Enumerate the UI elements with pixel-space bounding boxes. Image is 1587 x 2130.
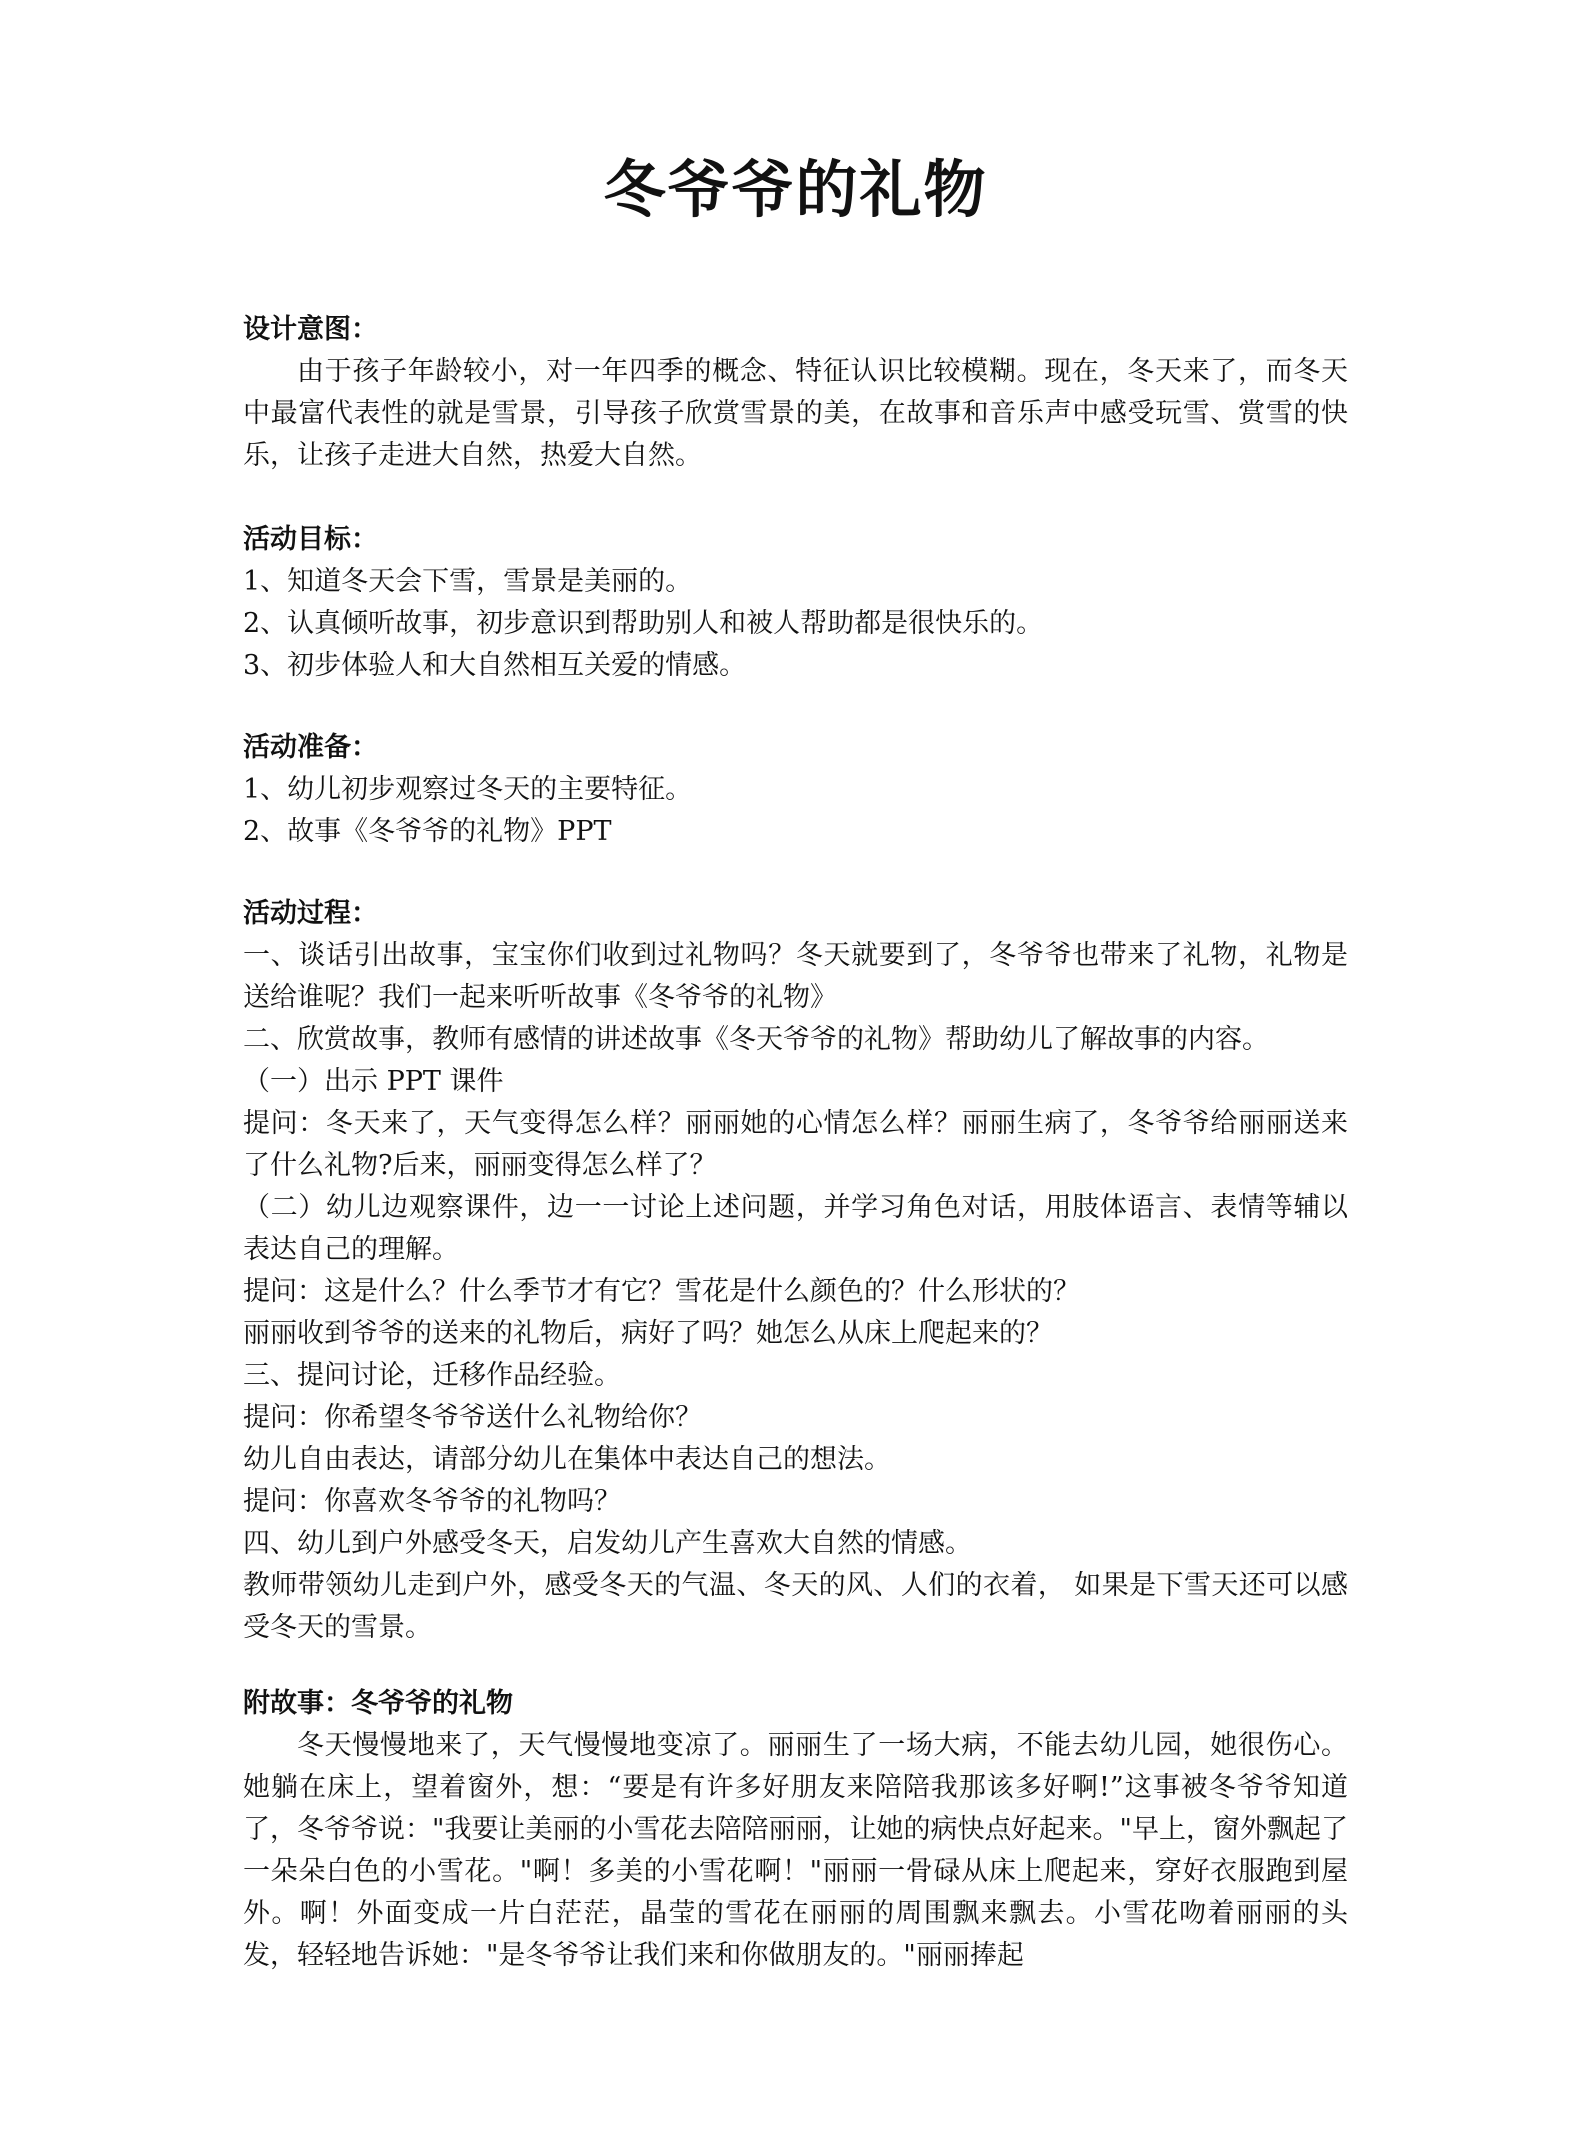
process-paragraph: 提问：冬天来了，天气变得怎么样？丽丽她的心情怎么样？丽丽生病了，冬爷爷给丽丽送来… <box>243 1103 1348 1187</box>
section-heading-goals: 活动目标： <box>243 519 1348 561</box>
section-heading-preparation: 活动准备： <box>243 727 1348 769</box>
process-paragraph: 提问：你希望冬爷爷送什么礼物给你？ <box>243 1397 1348 1439</box>
process-paragraph: 幼儿自由表达，请部分幼儿在集体中表达自己的想法。 <box>243 1439 1348 1481</box>
design-intent-paragraph: 由于孩子年龄较小，对一年四季的概念、特征认识比较模糊。现在，冬天来了，而冬天中最… <box>243 351 1348 477</box>
goal-item: 1、知道冬天会下雪，雪景是美丽的。 <box>243 561 1348 603</box>
process-paragraph: 丽丽收到爷爷的送来的礼物后，病好了吗？她怎么从床上爬起来的？ <box>243 1313 1348 1355</box>
section-preparation: 活动准备： 1、幼儿初步观察过冬天的主要特征。 2、故事《冬爷爷的礼物》PPT <box>243 727 1348 853</box>
section-goals: 活动目标： 1、知道冬天会下雪，雪景是美丽的。 2、认真倾听故事，初步意识到帮助… <box>243 519 1348 687</box>
process-paragraph: 提问：你喜欢冬爷爷的礼物吗？ <box>243 1481 1348 1523</box>
section-design-intent: 设计意图： 由于孩子年龄较小，对一年四季的概念、特征认识比较模糊。现在，冬天来了… <box>243 309 1348 477</box>
goal-item: 2、认真倾听故事，初步意识到帮助别人和被人帮助都是很快乐的。 <box>243 603 1348 645</box>
story-paragraph: 冬天慢慢地来了，天气慢慢地变凉了。丽丽生了一场大病，不能去幼儿园，她很伤心。她躺… <box>243 1725 1348 1977</box>
process-paragraph: 二、欣赏故事，教师有感情的讲述故事《冬天爷爷的礼物》帮助幼儿了解故事的内容。 <box>243 1019 1348 1061</box>
process-paragraph: 提问：这是什么？什么季节才有它？雪花是什么颜色的？什么形状的？ <box>243 1271 1348 1313</box>
preparation-item: 1、幼儿初步观察过冬天的主要特征。 <box>243 769 1348 811</box>
process-paragraph: 一、谈话引出故事，宝宝你们收到过礼物吗？冬天就要到了，冬爷爷也带来了礼物，礼物是… <box>243 935 1348 1019</box>
section-heading-process: 活动过程： <box>243 893 1348 935</box>
process-paragraph: （一）出示 PPT 课件 <box>243 1061 1348 1103</box>
process-paragraph: 教师带领幼儿走到户外，感受冬天的气温、冬天的风、人们的衣着， 如果是下雪天还可以… <box>243 1565 1348 1649</box>
process-paragraph: 四、幼儿到户外感受冬天，启发幼儿产生喜欢大自然的情感。 <box>243 1523 1348 1565</box>
goal-item: 3、初步体验人和大自然相互关爱的情感。 <box>243 645 1348 687</box>
section-heading-story: 附故事：冬爷爷的礼物 <box>243 1683 1348 1725</box>
section-heading-design-intent: 设计意图： <box>243 309 1348 351</box>
process-paragraph: （二）幼儿边观察课件，边一一讨论上述问题，并学习角色对话，用肢体语言、表情等辅以… <box>243 1187 1348 1271</box>
process-paragraph: 三、提问讨论，迁移作品经验。 <box>243 1355 1348 1397</box>
section-story: 附故事：冬爷爷的礼物 冬天慢慢地来了，天气慢慢地变凉了。丽丽生了一场大病，不能去… <box>243 1683 1348 1977</box>
document-title: 冬爷爷的礼物 <box>243 150 1348 230</box>
preparation-item: 2、故事《冬爷爷的礼物》PPT <box>243 811 1348 853</box>
section-process: 活动过程： 一、谈话引出故事，宝宝你们收到过礼物吗？冬天就要到了，冬爷爷也带来了… <box>243 893 1348 1649</box>
